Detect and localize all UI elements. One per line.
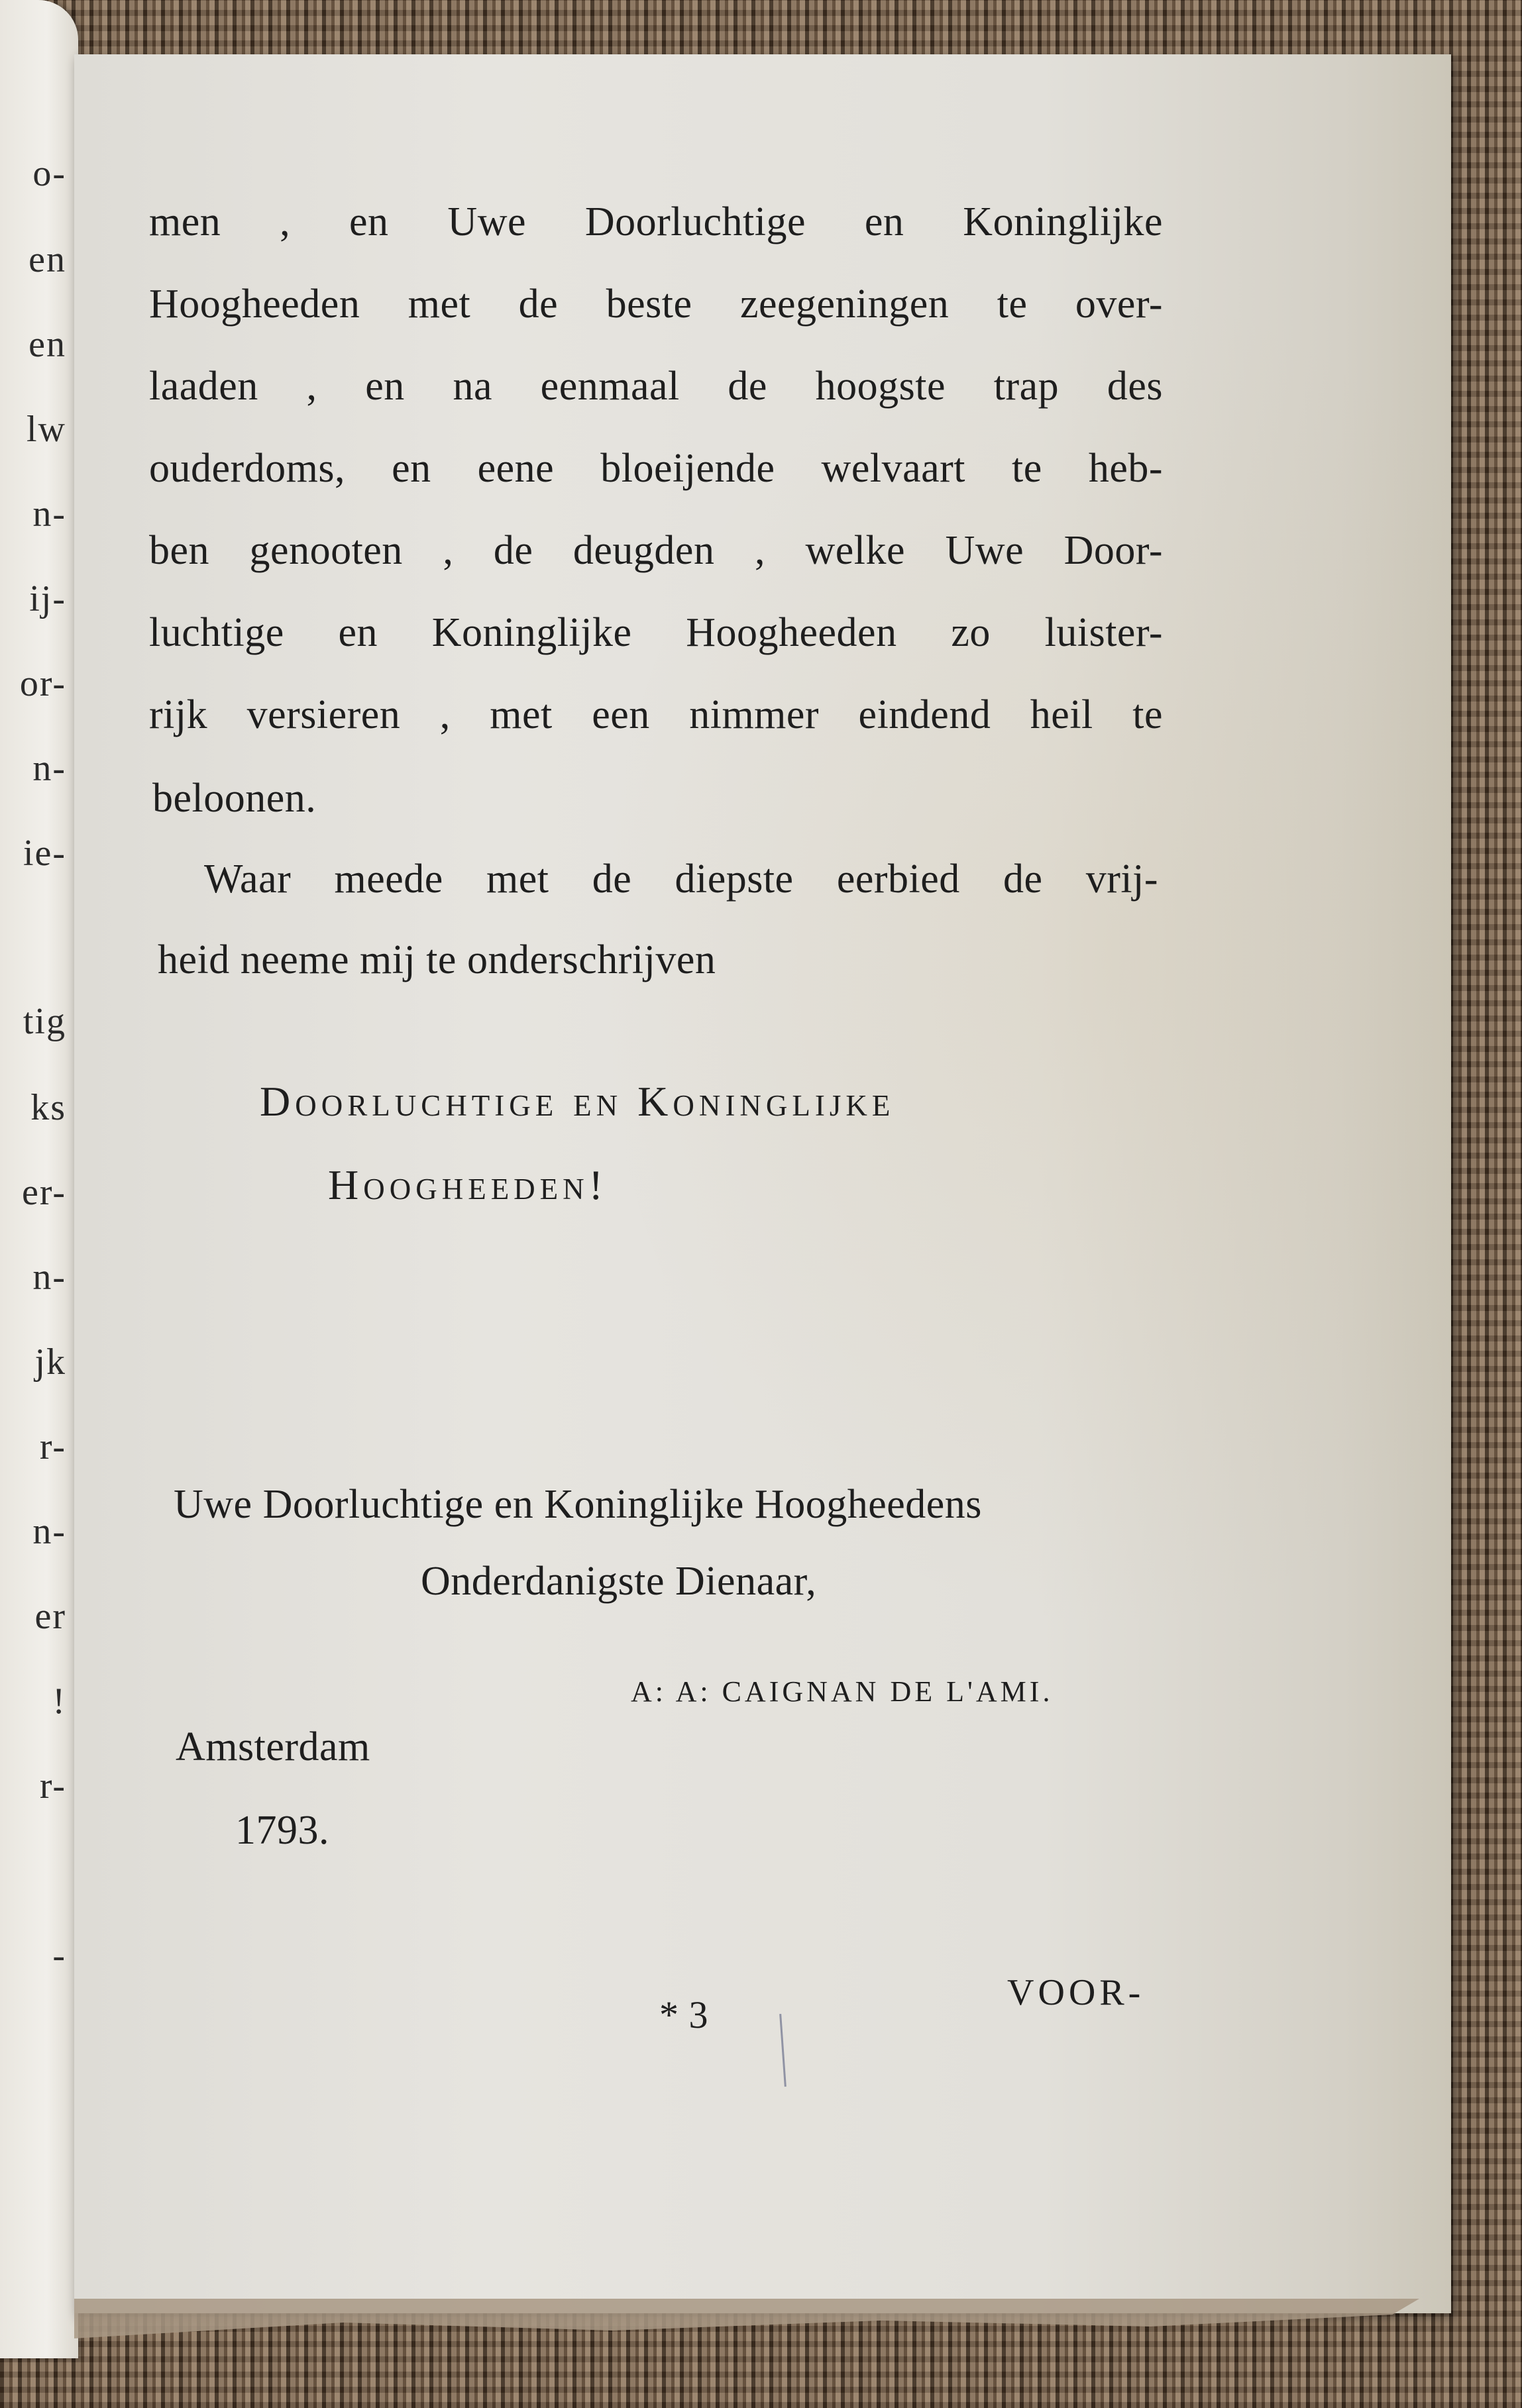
- body-line: ben genooten , de deugden , welke Uwe Do…: [149, 527, 1163, 574]
- author-signature: A: A: Caignan de l'Ami.: [631, 1675, 1053, 1708]
- salutation-line-1: Doorluchtige en Koninglijke: [260, 1077, 895, 1126]
- left-page-fragment: o-: [32, 152, 66, 195]
- left-page-fragment: n-: [32, 493, 66, 535]
- subscription-line-2: Onderdanigste Dienaar,: [421, 1558, 816, 1605]
- left-page-fragment: en: [28, 323, 66, 366]
- left-page-fragment: n-: [32, 1256, 66, 1298]
- closing-line: Waar meede met de diepste eerbied de vri…: [204, 856, 1158, 903]
- left-page-edge: o- en en lw n- ij- or- n- ie- tig ks er-…: [0, 0, 78, 2358]
- left-page-fragment: er: [34, 1595, 66, 1638]
- left-page-fragment: lw: [27, 408, 66, 450]
- left-page-fragment: !: [52, 1680, 66, 1722]
- year: 1793.: [235, 1807, 329, 1854]
- body-line: Hoogheeden met de beste zeegeningen te o…: [149, 281, 1163, 328]
- body-line: rijk versieren , met een nimmer eindend …: [149, 692, 1163, 739]
- place: Amsterdam: [176, 1724, 370, 1771]
- left-page-fragment: er-: [22, 1171, 66, 1214]
- body-line: men , en Uwe Doorluchtige en Koninglijke: [149, 199, 1163, 246]
- closing-line: heid neeme mij te onderschrijven: [158, 937, 716, 984]
- body-line: luchtige en Koninglijke Hoogheeden zo lu…: [149, 609, 1163, 656]
- left-page-fragment: n-: [32, 747, 66, 790]
- body-line: laaden , en na eenmaal de hoogste trap d…: [149, 363, 1163, 410]
- left-page-fragment: -: [52, 1934, 66, 1977]
- body-line: ouderdoms, en eene bloeijende welvaart t…: [149, 445, 1163, 492]
- subscription-line-1: Uwe Doorluchtige en Koninglijke Hoogheed…: [174, 1481, 982, 1528]
- left-page-fragment: ie-: [23, 832, 66, 874]
- left-page-fragment: or-: [20, 662, 66, 705]
- left-page-fragment: n-: [32, 1510, 66, 1553]
- salutation-line-2: Hoogheeden!: [328, 1161, 608, 1210]
- left-page-fragment: r-: [40, 1765, 66, 1807]
- left-page-fragment: ks: [30, 1086, 66, 1129]
- left-page-fragment: r-: [40, 1426, 66, 1468]
- left-page-fragment: tig: [23, 1000, 66, 1043]
- catchword: VOOR-: [1007, 1971, 1144, 2014]
- left-page-fragment: ij-: [29, 578, 66, 620]
- body-line-last: beloonen.: [152, 775, 316, 822]
- signature-mark: * 3: [659, 1993, 708, 2037]
- left-page-fragment: jk: [34, 1341, 66, 1383]
- left-page-fragment: en: [28, 238, 66, 281]
